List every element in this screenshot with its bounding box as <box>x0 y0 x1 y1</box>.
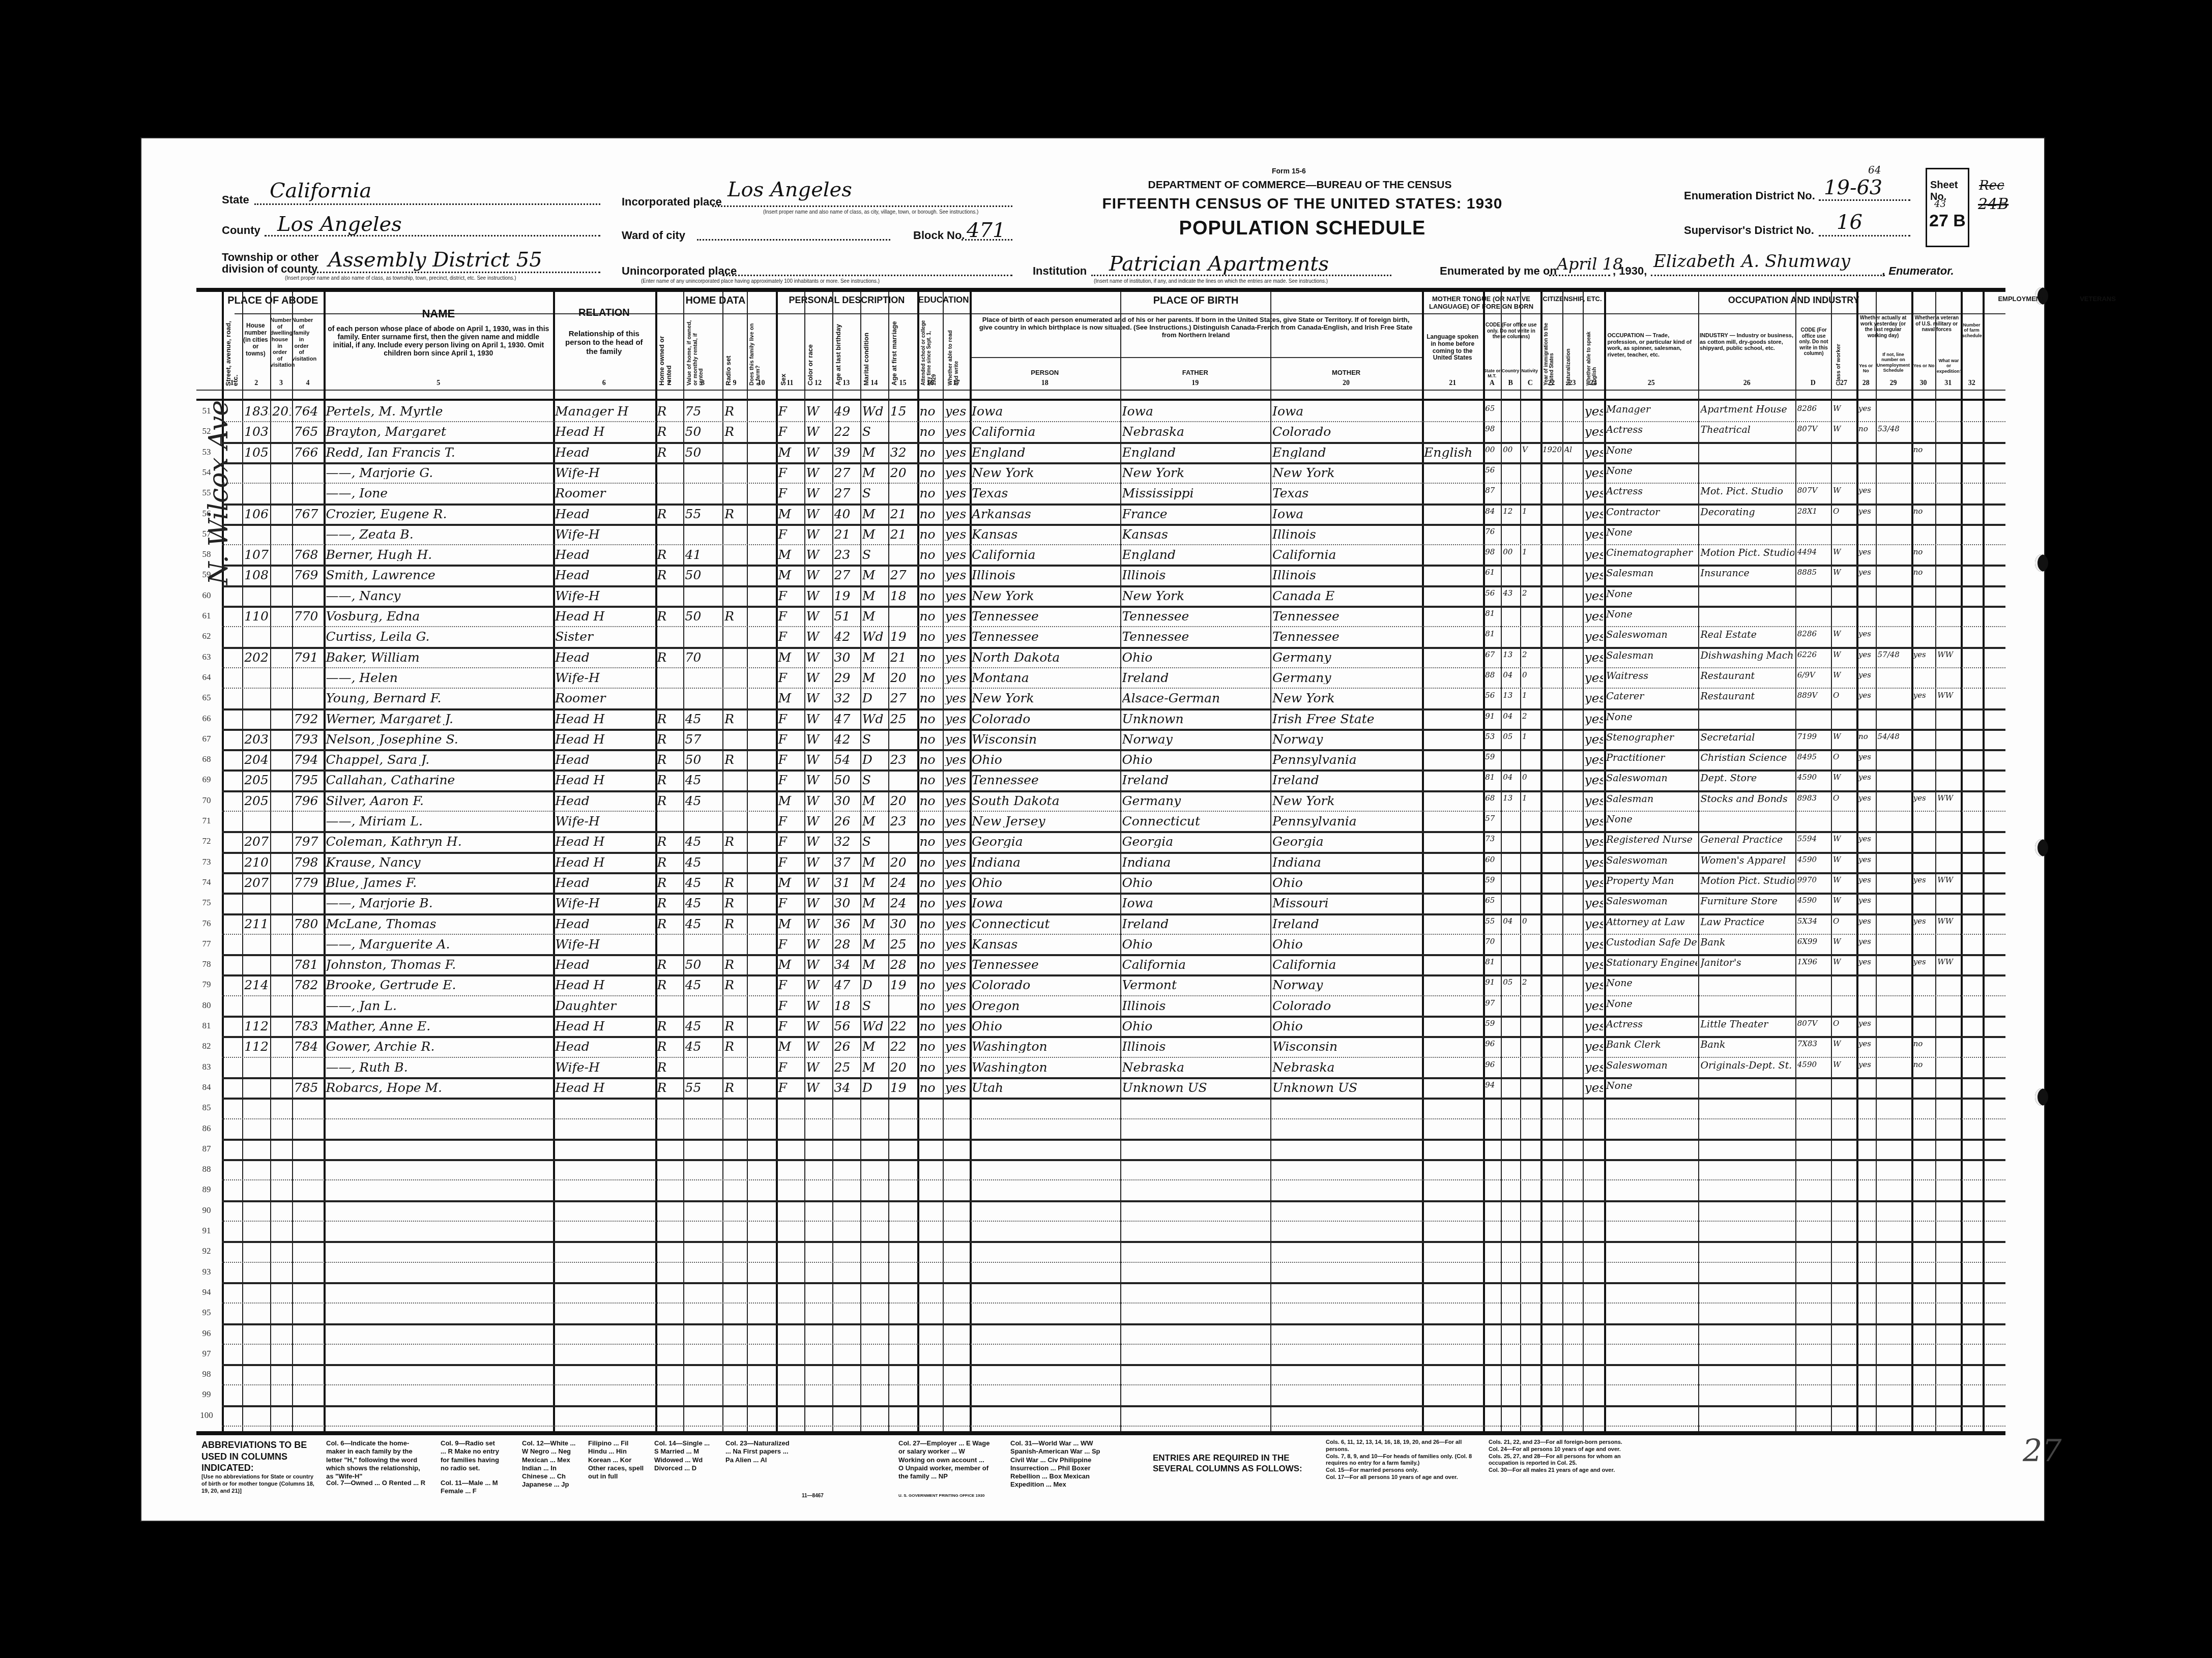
cell-sex[interactable]: M <box>778 446 803 459</box>
cell-father[interactable]: Iowa <box>1122 405 1269 418</box>
cell-age-marr[interactable]: 24 <box>890 876 917 889</box>
cell-mother[interactable]: Germany <box>1272 671 1421 684</box>
cell-read[interactable]: yes <box>945 487 969 499</box>
cell-work[interactable]: yes <box>1858 917 1875 925</box>
cell-radio[interactable]: R <box>724 958 746 971</box>
cell-age[interactable]: 19 <box>834 589 859 602</box>
cell-race[interactable]: W <box>806 651 831 664</box>
cell-relation[interactable]: Sister <box>555 630 654 643</box>
cell-codeA[interactable]: 57 <box>1485 815 1500 822</box>
cell-codeC[interactable]: 0 <box>1522 774 1539 781</box>
cell-industry[interactable]: Originals-Dept. St. <box>1700 1061 1794 1071</box>
cell-english[interactable]: yes <box>1585 753 1604 766</box>
cell-name[interactable]: ——, Zeata B. <box>326 528 552 541</box>
cell-age[interactable]: 50 <box>834 774 859 786</box>
cell-work[interactable]: yes <box>1858 487 1875 494</box>
cell-mother[interactable]: Colorado <box>1272 999 1421 1012</box>
cell-read[interactable]: yes <box>945 835 969 848</box>
cell-school[interactable]: no <box>919 774 942 786</box>
cell-sex[interactable]: F <box>778 671 803 684</box>
cell-radio[interactable]: R <box>724 835 746 848</box>
cell-class[interactable]: W <box>1833 630 1855 638</box>
cell-marital[interactable]: M <box>862 466 887 479</box>
cell-english[interactable]: yes <box>1585 835 1604 848</box>
cell-name[interactable]: ——, Helen <box>326 671 552 684</box>
cell-codeA[interactable]: 84 <box>1485 508 1500 515</box>
cell-relation[interactable]: Roomer <box>555 487 654 499</box>
cell-birth[interactable]: Tennessee <box>972 630 1119 643</box>
cell-work[interactable]: yes <box>1858 835 1875 843</box>
cell-marital[interactable]: M <box>862 528 887 541</box>
cell-industry[interactable]: Theatrical <box>1700 425 1794 435</box>
enumerator-name[interactable]: Elizabeth A. Shumway <box>1653 251 1850 272</box>
cell-race[interactable]: W <box>806 835 831 848</box>
cell-birth[interactable]: Tennessee <box>972 958 1119 971</box>
cell-read[interactable]: yes <box>945 979 969 991</box>
cell-read[interactable]: yes <box>945 466 969 479</box>
cell-read[interactable]: yes <box>945 446 969 459</box>
cell-birth[interactable]: Connecticut <box>972 917 1119 930</box>
cell-codeD[interactable]: 4590 <box>1797 856 1830 864</box>
cell-name[interactable]: ——, Marguerite A. <box>326 938 552 951</box>
cell-age[interactable]: 28 <box>834 938 859 951</box>
cell-sex[interactable]: M <box>778 876 803 889</box>
cell-industry[interactable]: Stocks and Bonds <box>1700 794 1794 804</box>
cell-sex[interactable]: F <box>778 630 803 643</box>
cell-marital[interactable]: M <box>862 671 887 684</box>
cell-occupation[interactable]: Actress <box>1606 1020 1697 1029</box>
cell-father[interactable]: Ireland <box>1122 917 1269 930</box>
cell-birth[interactable]: Tennessee <box>972 774 1119 786</box>
cell-family[interactable]: 782 <box>294 979 323 991</box>
cell-father[interactable]: Ohio <box>1122 753 1269 766</box>
cell-codeD[interactable]: 889V <box>1797 692 1830 699</box>
cell-age[interactable]: 49 <box>834 405 859 418</box>
cell-age[interactable]: 37 <box>834 856 859 869</box>
cell-occupation[interactable]: Attorney at Law <box>1606 917 1697 927</box>
cell-codeB[interactable]: 00 <box>1503 548 1519 556</box>
table-row[interactable]: 214782Brooke, Gertrude E.Head HR45RFW47D… <box>196 974 2005 995</box>
cell-own[interactable]: R <box>657 876 682 889</box>
cell-english[interactable]: yes <box>1585 610 1604 623</box>
cell-relation[interactable]: Head H <box>555 1081 654 1094</box>
cell-english[interactable]: yes <box>1585 733 1604 746</box>
cell-father[interactable]: Ohio <box>1122 938 1269 951</box>
cell-name[interactable]: Coleman, Kathryn H. <box>326 835 552 848</box>
cell-father[interactable]: New York <box>1122 466 1269 479</box>
cell-value[interactable]: 57 <box>685 733 722 746</box>
cell-race[interactable]: W <box>806 897 831 909</box>
cell-marital[interactable]: M <box>862 856 887 869</box>
cell-age[interactable]: 31 <box>834 876 859 889</box>
cell-name[interactable]: McLane, Thomas <box>326 917 552 930</box>
cell-name[interactable]: ——, Jan L. <box>326 999 552 1012</box>
table-row[interactable]: ——, Ruth B.Wife-HRFW25M20noyesWashington… <box>196 1057 2005 1077</box>
cell-birth[interactable]: Washington <box>972 1040 1119 1053</box>
cell-english[interactable]: yes <box>1585 856 1604 869</box>
cell-family[interactable]: 783 <box>294 1020 323 1032</box>
cell-house[interactable]: 202 <box>244 651 269 664</box>
cell-sex[interactable]: M <box>778 794 803 807</box>
cell-codeA[interactable]: 61 <box>1485 569 1500 576</box>
table-row[interactable]: 785Robarcs, Hope M.Head HR55RFW34D19noye… <box>196 1077 2005 1098</box>
cell-own[interactable]: R <box>657 713 682 725</box>
cell-school[interactable]: no <box>919 630 942 643</box>
table-row[interactable]: 103765Brayton, MargaretHead HR50RFW22Sno… <box>196 421 2005 441</box>
incorporated-value[interactable]: Los Angeles <box>727 178 852 201</box>
cell-industry[interactable]: Apartment House <box>1700 405 1794 414</box>
cell-mother[interactable]: Illinois <box>1272 528 1421 541</box>
cell-codeD[interactable]: 5594 <box>1797 835 1830 843</box>
cell-father[interactable]: Vermont <box>1122 979 1269 991</box>
cell-race[interactable]: W <box>806 589 831 602</box>
cell-relation[interactable]: Head <box>555 508 654 520</box>
cell-industry[interactable]: Women's Apparel <box>1700 856 1794 866</box>
table-row[interactable]: 108769Smith, LawrenceHeadR50MW27M27noyes… <box>196 565 2005 585</box>
cell-sex[interactable]: M <box>778 508 803 520</box>
cell-codeC[interactable]: 2 <box>1522 651 1539 659</box>
cell-sex[interactable]: F <box>778 753 803 766</box>
sheet-value[interactable]: 27 B <box>1929 211 1966 231</box>
cell-race[interactable]: W <box>806 630 831 643</box>
cell-mother[interactable]: Ireland <box>1272 917 1421 930</box>
cell-relation[interactable]: Head H <box>555 774 654 786</box>
cell-english[interactable]: yes <box>1585 958 1604 971</box>
cell-read[interactable]: yes <box>945 1061 969 1074</box>
cell-codeA[interactable]: 91 <box>1485 979 1500 986</box>
cell-school[interactable]: no <box>919 835 942 848</box>
table-row[interactable]: ——, Jan L.DaughterFW18SnoyesOregonIllino… <box>196 995 2005 1016</box>
cell-age[interactable]: 36 <box>834 917 859 930</box>
cell-family[interactable]: 779 <box>294 876 323 889</box>
cell-age-marr[interactable]: 23 <box>890 753 917 766</box>
cell-age-marr[interactable]: 19 <box>890 1081 917 1094</box>
cell-name[interactable]: Redd, Ian Francis T. <box>326 446 552 459</box>
cell-sex[interactable]: F <box>778 528 803 541</box>
cell-father[interactable]: Indiana <box>1122 856 1269 869</box>
cell-marital[interactable]: S <box>862 425 887 438</box>
cell-codeB[interactable]: 04 <box>1503 713 1519 720</box>
cell-marital[interactable]: D <box>862 753 887 766</box>
cell-marital[interactable]: M <box>862 446 887 459</box>
cell-industry[interactable]: Insurance <box>1700 569 1794 578</box>
cell-read[interactable]: yes <box>945 999 969 1012</box>
cell-own[interactable]: R <box>657 897 682 909</box>
cell-work[interactable]: no <box>1858 425 1875 433</box>
cell-own[interactable]: R <box>657 1020 682 1032</box>
cell-age-marr[interactable]: 20 <box>890 466 917 479</box>
cell-codeD[interactable]: 4590 <box>1797 897 1830 904</box>
cell-read[interactable]: yes <box>945 1081 969 1094</box>
cell-mother[interactable]: Pennsylvania <box>1272 815 1421 827</box>
cell-birth[interactable]: Iowa <box>972 405 1119 418</box>
cell-occupation[interactable]: None <box>1606 815 1697 824</box>
cell-codeA[interactable]: 65 <box>1485 405 1500 412</box>
cell-age-marr[interactable]: 23 <box>890 815 917 827</box>
cell-work[interactable]: yes <box>1858 774 1875 781</box>
cell-marital[interactable]: Wd <box>862 630 887 643</box>
cell-occupation[interactable]: Custodian Safe Dep. <box>1606 938 1697 948</box>
cell-sex[interactable]: F <box>778 938 803 951</box>
cell-work[interactable]: yes <box>1858 958 1875 966</box>
cell-marital[interactable]: S <box>862 774 887 786</box>
cell-codeA[interactable]: 60 <box>1485 856 1500 864</box>
table-row[interactable]: 207797Coleman, Kathryn H.Head HR45RFW32S… <box>196 831 2005 851</box>
cell-industry[interactable]: Restaurant <box>1700 692 1794 701</box>
cell-father[interactable]: England <box>1122 548 1269 561</box>
cell-english[interactable]: yes <box>1585 917 1604 930</box>
table-row[interactable]: ——, NancyWife-HFW19M18noyesNew YorkNew Y… <box>196 585 2005 606</box>
cell-industry[interactable]: Decorating <box>1700 508 1794 517</box>
cell-codeA[interactable]: 81 <box>1485 630 1500 638</box>
cell-unemp[interactable]: 57/48 <box>1878 651 1910 659</box>
cell-mother[interactable]: Iowa <box>1272 405 1421 418</box>
cell-work[interactable]: yes <box>1858 753 1875 761</box>
cell-codeC[interactable]: V <box>1522 446 1539 454</box>
cell-sex[interactable]: M <box>778 569 803 581</box>
cell-occupation[interactable]: Stationary Engineer <box>1606 958 1697 968</box>
cell-birth[interactable]: New York <box>972 466 1119 479</box>
cell-family[interactable]: 791 <box>294 651 323 664</box>
cell-codeB[interactable]: 13 <box>1503 651 1519 659</box>
cell-race[interactable]: W <box>806 548 831 561</box>
cell-own[interactable]: R <box>657 774 682 786</box>
cell-value[interactable]: 45 <box>685 897 722 909</box>
cell-industry[interactable]: Bank <box>1700 938 1794 948</box>
cell-house[interactable]: 205 <box>244 794 269 807</box>
cell-codeC[interactable]: 1 <box>1522 733 1539 741</box>
cell-industry[interactable]: Mot. Pict. Studio <box>1700 487 1794 496</box>
cell-house[interactable]: 203 <box>244 733 269 746</box>
cell-race[interactable]: W <box>806 876 831 889</box>
cell-race[interactable]: W <box>806 692 831 704</box>
cell-birth[interactable]: Kansas <box>972 938 1119 951</box>
cell-father[interactable]: Ireland <box>1122 774 1269 786</box>
cell-birth[interactable]: California <box>972 425 1119 438</box>
cell-radio[interactable]: R <box>724 425 746 438</box>
cell-relation[interactable]: Wife-H <box>555 466 654 479</box>
cell-race[interactable]: W <box>806 1061 831 1074</box>
cell-name[interactable]: ——, Marjorie G. <box>326 466 552 479</box>
cell-name[interactable]: Berner, Hugh H. <box>326 548 552 561</box>
table-row[interactable]: ——, Miriam L.Wife-HFW26M23noyesNew Jerse… <box>196 811 2005 831</box>
cell-read[interactable]: yes <box>945 917 969 930</box>
cell-codeB[interactable]: 04 <box>1503 774 1519 781</box>
cell-race[interactable]: W <box>806 425 831 438</box>
cell-family[interactable]: 764 <box>294 405 323 418</box>
cell-mother[interactable]: Nebraska <box>1272 1061 1421 1074</box>
cell-house[interactable]: 204 <box>244 753 269 766</box>
cell-value[interactable]: 55 <box>685 508 722 520</box>
cell-radio[interactable]: R <box>724 917 746 930</box>
cell-work[interactable]: yes <box>1858 671 1875 679</box>
cell-class[interactable]: W <box>1833 774 1855 781</box>
cell-name[interactable]: Pertels, M. Myrtle <box>326 405 552 418</box>
cell-english[interactable]: yes <box>1585 508 1604 520</box>
cell-marital[interactable]: Wd <box>862 405 887 418</box>
cell-age[interactable]: 34 <box>834 958 859 971</box>
cell-vet[interactable]: yes <box>1913 917 1935 925</box>
cell-codeB[interactable]: 04 <box>1503 917 1519 925</box>
cell-family[interactable]: 795 <box>294 774 323 786</box>
table-row[interactable]: ——, HelenWife-HFW29M20noyesMontanaIrelan… <box>196 667 2005 688</box>
cell-codeD[interactable]: 5X34 <box>1797 917 1830 925</box>
cell-family[interactable]: 792 <box>294 713 323 725</box>
cell-house[interactable]: 103 <box>244 425 269 438</box>
cell-read[interactable]: yes <box>945 774 969 786</box>
cell-father[interactable]: Tennessee <box>1122 610 1269 623</box>
cell-name[interactable]: Nelson, Josephine S. <box>326 733 552 746</box>
cell-codeA[interactable]: 56 <box>1485 466 1500 474</box>
cell-race[interactable]: W <box>806 1020 831 1032</box>
cell-dwelling[interactable]: 201 <box>272 405 291 418</box>
cell-read[interactable]: yes <box>945 897 969 909</box>
cell-age[interactable]: 51 <box>834 610 859 623</box>
cell-radio[interactable]: R <box>724 713 746 725</box>
cell-sex[interactable]: F <box>778 405 803 418</box>
cell-read[interactable]: yes <box>945 610 969 623</box>
cell-school[interactable]: no <box>919 876 942 889</box>
cell-english[interactable]: yes <box>1585 1040 1604 1053</box>
cell-mother[interactable]: England <box>1272 446 1421 459</box>
cell-value[interactable]: 41 <box>685 548 722 561</box>
cell-english[interactable]: yes <box>1585 938 1604 951</box>
cell-school[interactable]: no <box>919 917 942 930</box>
cell-relation[interactable]: Head <box>555 446 654 459</box>
cell-work[interactable]: yes <box>1858 794 1875 802</box>
cell-radio[interactable]: R <box>724 405 746 418</box>
cell-vet[interactable]: yes <box>1913 794 1935 802</box>
table-row[interactable]: 202791Baker, WilliamHeadR70MW30M21noyesN… <box>196 647 2005 667</box>
cell-codeA[interactable]: 53 <box>1485 733 1500 741</box>
cell-mother[interactable]: Georgia <box>1272 835 1421 848</box>
cell-relation[interactable]: Wife-H <box>555 815 654 827</box>
cell-vet[interactable]: no <box>1913 508 1935 515</box>
cell-name[interactable]: Baker, William <box>326 651 552 664</box>
cell-codeA[interactable]: 65 <box>1485 897 1500 904</box>
cell-english[interactable]: yes <box>1585 1020 1604 1032</box>
cell-school[interactable]: no <box>919 979 942 991</box>
cell-school[interactable]: no <box>919 1040 942 1053</box>
cell-class[interactable]: W <box>1833 651 1855 659</box>
cell-school[interactable]: no <box>919 569 942 581</box>
cell-name[interactable]: Curtiss, Leila G. <box>326 630 552 643</box>
cell-school[interactable]: no <box>919 1081 942 1094</box>
cell-occupation[interactable]: Saleswoman <box>1606 774 1697 783</box>
cell-race[interactable]: W <box>806 528 831 541</box>
cell-school[interactable]: no <box>919 610 942 623</box>
cell-mother[interactable]: Canada E <box>1272 589 1421 602</box>
cell-codeD[interactable]: 7199 <box>1797 733 1830 741</box>
cell-english[interactable]: yes <box>1585 528 1604 541</box>
cell-family[interactable]: 784 <box>294 1040 323 1053</box>
cell-relation[interactable]: Head <box>555 753 654 766</box>
cell-age-marr[interactable]: 20 <box>890 671 917 684</box>
cell-age[interactable]: 47 <box>834 713 859 725</box>
cell-class[interactable]: W <box>1833 733 1855 741</box>
cell-immig[interactable]: 1920 <box>1542 446 1561 454</box>
cell-relation[interactable]: Head <box>555 876 654 889</box>
cell-name[interactable]: Brooke, Gertrude E. <box>326 979 552 991</box>
cell-mother[interactable]: New York <box>1272 794 1421 807</box>
cell-father[interactable]: England <box>1122 446 1269 459</box>
cell-marital[interactable]: M <box>862 897 887 909</box>
cell-english[interactable]: yes <box>1585 713 1604 725</box>
cell-marital[interactable]: M <box>862 958 887 971</box>
cell-age[interactable]: 27 <box>834 466 859 479</box>
cell-mother[interactable]: Texas <box>1272 487 1421 499</box>
cell-codeD[interactable]: 8495 <box>1797 753 1830 761</box>
ed-value[interactable]: 19-63 <box>1824 176 1882 199</box>
cell-codeD[interactable]: 8286 <box>1797 630 1830 638</box>
cell-class[interactable]: W <box>1833 938 1855 945</box>
cell-school[interactable]: no <box>919 1020 942 1032</box>
cell-codeD[interactable]: 807V <box>1797 1020 1830 1027</box>
cell-birth[interactable]: Colorado <box>972 713 1119 725</box>
cell-value[interactable]: 45 <box>685 835 722 848</box>
cell-industry[interactable]: Little Theater <box>1700 1020 1794 1029</box>
cell-birth[interactable]: New York <box>972 589 1119 602</box>
cell-school[interactable]: no <box>919 425 942 438</box>
cell-house[interactable]: 107 <box>244 548 269 561</box>
cell-age-marr[interactable]: 20 <box>890 856 917 869</box>
cell-age[interactable]: 27 <box>834 487 859 499</box>
table-row[interactable]: 112783Mather, Anne E.Head HR45RFW56Wd22n… <box>196 1016 2005 1036</box>
cell-father[interactable]: France <box>1122 508 1269 520</box>
cell-race[interactable]: W <box>806 917 831 930</box>
cell-english[interactable]: yes <box>1585 876 1604 889</box>
county-value[interactable]: Los Angeles <box>277 213 402 236</box>
cell-read[interactable]: yes <box>945 692 969 704</box>
cell-occupation[interactable]: Actress <box>1606 425 1697 435</box>
cell-codeD[interactable]: 4494 <box>1797 548 1830 556</box>
cell-vet[interactable]: no <box>1913 548 1935 556</box>
cell-father[interactable]: Connecticut <box>1122 815 1269 827</box>
cell-house[interactable]: 211 <box>244 917 269 930</box>
cell-codeD[interactable]: 4590 <box>1797 774 1830 781</box>
cell-age[interactable]: 30 <box>834 897 859 909</box>
table-row[interactable]: ——, IoneRoomerFW27SnoyesTexasMississippi… <box>196 483 2005 503</box>
cell-occupation[interactable]: Registered Nurse <box>1606 835 1697 845</box>
cell-own[interactable]: R <box>657 569 682 581</box>
cell-work[interactable]: yes <box>1858 508 1875 515</box>
cell-name[interactable]: Krause, Nancy <box>326 856 552 869</box>
cell-occupation[interactable]: Saleswoman <box>1606 1061 1697 1071</box>
cell-mother[interactable]: Norway <box>1272 979 1421 991</box>
cell-value[interactable]: 45 <box>685 876 722 889</box>
cell-school[interactable]: no <box>919 938 942 951</box>
cell-house[interactable]: 108 <box>244 569 269 581</box>
cell-codeA[interactable]: 56 <box>1485 692 1500 699</box>
cell-own[interactable]: R <box>657 979 682 991</box>
cell-vet[interactable]: yes <box>1913 958 1935 966</box>
cell-value[interactable]: 50 <box>685 446 722 459</box>
cell-radio[interactable]: R <box>724 1020 746 1032</box>
cell-marital[interactable]: M <box>862 569 887 581</box>
cell-birth[interactable]: California <box>972 548 1119 561</box>
cell-industry[interactable]: Bank <box>1700 1040 1794 1050</box>
table-row[interactable]: 211780McLane, ThomasHeadR45RMW36M30noyes… <box>196 913 2005 934</box>
cell-relation[interactable]: Manager H <box>555 405 654 418</box>
cell-age[interactable]: 25 <box>834 1061 859 1074</box>
cell-value[interactable]: 50 <box>685 753 722 766</box>
cell-occupation[interactable]: Saleswoman <box>1606 897 1697 906</box>
cell-sex[interactable]: M <box>778 651 803 664</box>
cell-codeA[interactable]: 59 <box>1485 753 1500 761</box>
cell-relation[interactable]: Head <box>555 958 654 971</box>
cell-own[interactable]: R <box>657 1081 682 1094</box>
cell-codeB[interactable]: 13 <box>1503 692 1519 699</box>
